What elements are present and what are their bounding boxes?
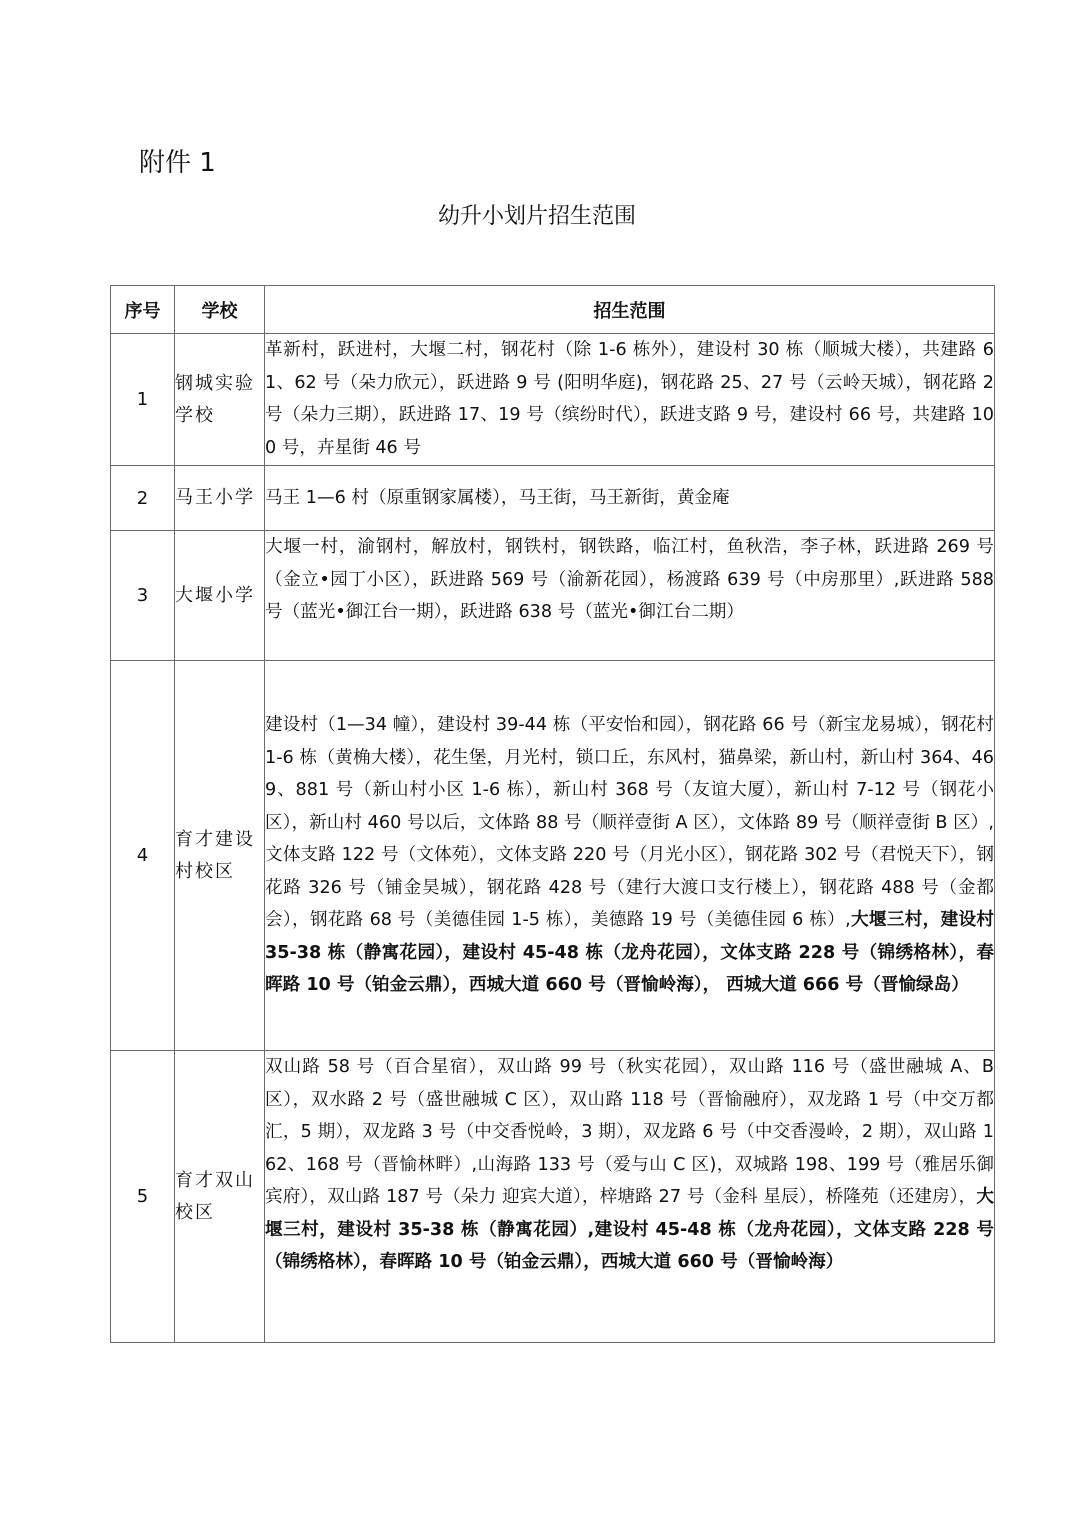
row-school: 钢城实验学校 <box>175 334 265 466</box>
row-seq: 5 <box>111 1051 175 1343</box>
row-seq: 2 <box>111 466 175 531</box>
row-scope: 马王 1—6 村（原重钢家属楼），马王街，马王新街，黄金庵 <box>265 466 995 531</box>
row-scope: 双山路 58 号（百合星宿），双山路 99 号（秋实花园），双山路 116 号（… <box>265 1051 995 1343</box>
attachment-label: 附件 1 <box>139 145 216 181</box>
scope-text: 马王 1—6 村（原重钢家属楼），马王街，马王新街，黄金庵 <box>265 488 730 508</box>
scope-text: 革新村，跃进村，大堰二村，钢花村（除 1-6 栋外），建设村 30 栋（顺城大楼… <box>265 340 994 458</box>
table-row: 5 育才双山校区 双山路 58 号（百合星宿），双山路 99 号（秋实花园），双… <box>111 1051 995 1343</box>
row-school: 育才建设村校区 <box>175 661 265 1051</box>
row-school: 大堰小学 <box>175 531 265 661</box>
table-row: 3 大堰小学 大堰一村，渝钢村，解放村，钢铁村，钢铁路，临江村，鱼秋浩，李子林，… <box>111 531 995 661</box>
table-row: 2 马王小学 马王 1—6 村（原重钢家属楼），马王街，马王新街，黄金庵 <box>111 466 995 531</box>
row-seq: 4 <box>111 661 175 1051</box>
header-seq: 序号 <box>111 286 175 334</box>
row-scope: 革新村，跃进村，大堰二村，钢花村（除 1-6 栋外），建设村 30 栋（顺城大楼… <box>265 334 995 466</box>
row-school: 育才双山校区 <box>175 1051 265 1343</box>
table-row: 1 钢城实验学校 革新村，跃进村，大堰二村，钢花村（除 1-6 栋外），建设村 … <box>111 334 995 466</box>
header-scope: 招生范围 <box>265 286 995 334</box>
row-school: 马王小学 <box>175 466 265 531</box>
row-scope: 建设村（1—34 幢），建设村 39-44 栋（平安怡和园），钢花路 66 号（… <box>265 661 995 1051</box>
row-scope: 大堰一村，渝钢村，解放村，钢铁村，钢铁路，临江村，鱼秋浩，李子林，跃进路 269… <box>265 531 995 661</box>
document-title: 幼升小划片招生范围 <box>0 200 1074 234</box>
row-seq: 3 <box>111 531 175 661</box>
enrollment-range-table: 序号 学校 招生范围 1 钢城实验学校 革新村，跃进村，大堰二村，钢花村（除 1… <box>110 285 995 1343</box>
scope-text: 大堰一村，渝钢村，解放村，钢铁村，钢铁路，临江村，鱼秋浩，李子林，跃进路 269… <box>265 537 994 622</box>
scope-text: 双山路 58 号（百合星宿），双山路 99 号（秋实花园），双山路 116 号（… <box>265 1057 994 1207</box>
scope-text: 建设村（1—34 幢），建设村 39-44 栋（平安怡和园），钢花路 66 号（… <box>265 715 994 930</box>
header-school: 学校 <box>175 286 265 334</box>
table-header-row: 序号 学校 招生范围 <box>111 286 995 334</box>
table-row: 4 育才建设村校区 建设村（1—34 幢），建设村 39-44 栋（平安怡和园）… <box>111 661 995 1051</box>
row-seq: 1 <box>111 334 175 466</box>
